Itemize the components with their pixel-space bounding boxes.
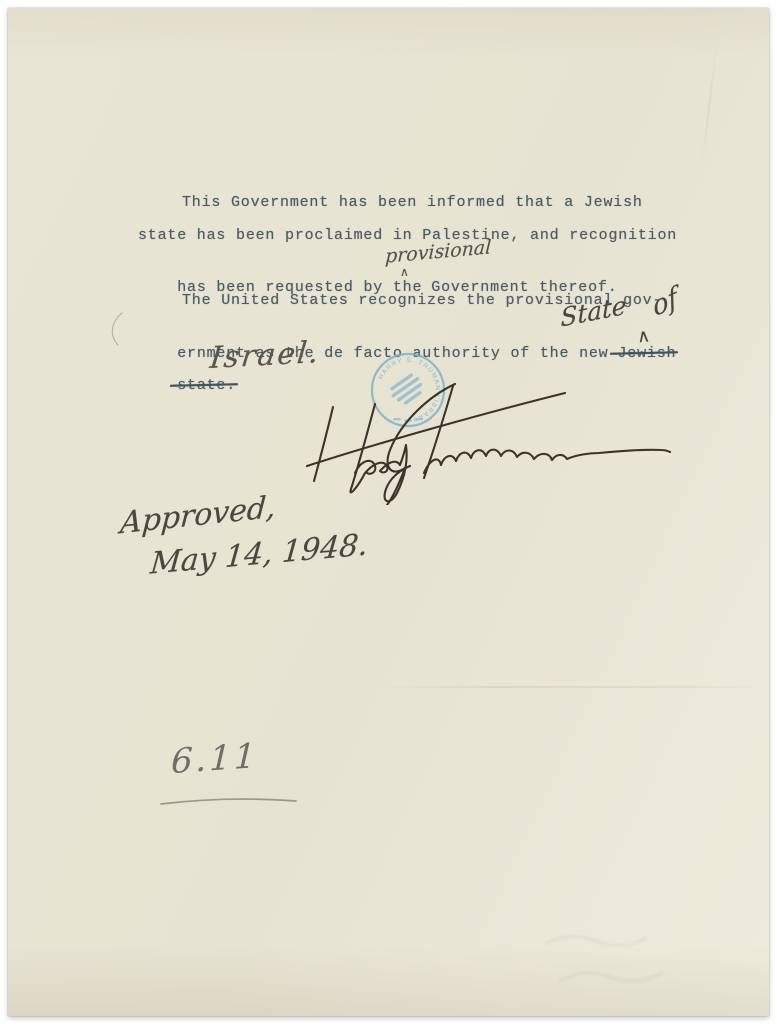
pencil-underline (158, 796, 300, 808)
signature-crossbar-stroke (307, 393, 565, 466)
typed-line-1: This Government has been informed that a… (182, 193, 643, 213)
vertical-crease (699, 38, 718, 177)
pencil-note: 6.11 (170, 736, 259, 782)
bleedthrough-marks (538, 923, 683, 1003)
horizontal-crease (378, 686, 768, 688)
struck-word-state: state. (177, 376, 236, 396)
truman-signature (293, 360, 688, 505)
handwritten-insert-of: of (650, 282, 681, 324)
stray-pencil-mark (106, 311, 128, 349)
document-page: This Government has been informed that a… (8, 8, 769, 1016)
handwritten-date: May 14, 1948. (149, 527, 369, 581)
signature-name-text: Harry Truman (8, 8, 9, 9)
handwritten-approved: Approved, (119, 490, 277, 542)
insertion-caret-2: ∧ (636, 325, 651, 347)
insertion-caret-1: ∧ (400, 265, 409, 279)
